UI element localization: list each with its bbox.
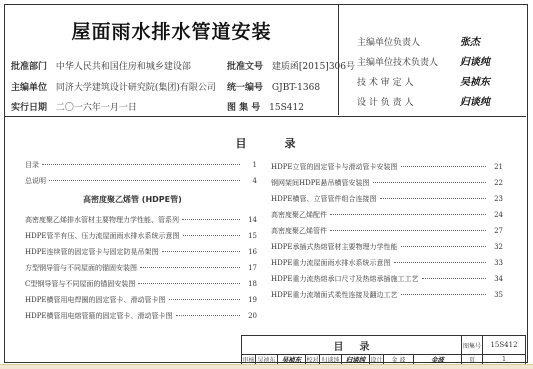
cover-header: 屋面雨水排水管道安装 批准部门 中华人民共和国住房和城乡建设部 批准文号 建质函… <box>5 5 526 117</box>
signature-mark: 张杰 <box>460 33 480 48</box>
signature-row: 设 计 负 责 人 归谈纯 <box>357 93 522 108</box>
toc-item-label: 高密度聚乙烯管件 <box>271 226 327 236</box>
toc-item-label: 方型钢导管与不同屋面的锚固安装图 <box>25 263 137 273</box>
toc-item-page: 19 <box>243 296 257 304</box>
toc-item-page: 24 <box>489 211 503 219</box>
approval-dept-row: 批准部门 中华人民共和国住房和城乡建设部 <box>11 59 191 72</box>
approval-dept-label: 批准部门 <box>11 62 47 72</box>
toc-item-label: 目录 <box>25 160 39 170</box>
toc-item[interactable]: HDPE承插式热熔管材主要物理力学性能32 <box>271 242 503 252</box>
unified-code-row: 统一编号 GJBT-1368 <box>227 80 320 93</box>
toc-item-label: HDPE横管用电焊圈的固定管卡、滑动管卡图 <box>25 295 166 305</box>
title-block: 目录 图集号 15S412 审核 吴祯东 吴祯东 校对 归谈纯 归谈纯 设计 金… <box>241 335 526 365</box>
document-page: 屋面雨水排水管道安装 批准部门 中华人民共和国住房和城乡建设部 批准文号 建质函… <box>0 0 533 369</box>
editor-unit-label: 主编单位 <box>11 83 47 93</box>
toc-item-page: 20 <box>243 312 257 320</box>
page-edge <box>0 364 533 369</box>
toc-item-label: HDPE横管、立管管件组合连接图 <box>271 194 377 204</box>
leader-dots <box>373 182 486 183</box>
toc-item[interactable]: 总说明4 <box>25 176 257 186</box>
toc-item-label: HDPE连续管的固定管卡与固定防晃吊架图 <box>25 247 159 257</box>
toc-item-page: 1 <box>243 161 257 169</box>
toc-item-label: 高密度聚乙烯排水管材主要物理力学性能、管系列 <box>25 215 179 225</box>
toc-item-page: 17 <box>243 264 257 272</box>
section-heading-hdpe: 高密度聚乙烯管 (HDPE管) <box>83 194 182 205</box>
toc-item[interactable]: 钢网架间HDPE悬吊横管安装图22 <box>271 178 503 188</box>
signature-row: 主编单位技术负责人 归谈纯 <box>357 53 522 68</box>
effective-date-row: 实行日期 二〇一六年一月一日 <box>11 100 137 113</box>
unified-code-value: GJBT-1368 <box>272 83 320 93</box>
leader-dots <box>401 246 486 247</box>
signature-role: 主编单位技术负责人 <box>357 55 457 68</box>
signature-row: 技 术 审 定 人 吴祯东 <box>357 73 522 88</box>
leader-dots <box>183 235 240 236</box>
leader-dots <box>176 315 240 316</box>
toc-title: 目录 <box>5 135 526 151</box>
toc-item-page: 33 <box>489 259 503 267</box>
leader-dots <box>401 294 486 295</box>
toc-item[interactable]: HDPE管半有压、压力流屋面雨水排水系统示意图15 <box>25 231 257 241</box>
toc-item-page: 18 <box>243 280 257 288</box>
toc-item[interactable]: C型钢导管与不同屋面的锚固安装图18 <box>25 279 257 289</box>
toc-item-page: 23 <box>489 195 503 203</box>
toc-item[interactable]: HDPE横管用电熔管箍的固定管卡、滑动管卡图20 <box>25 311 257 321</box>
toc-item-label: HDPE立管的固定管卡与滑动管卡安装图 <box>271 162 398 172</box>
toc-item-label: 钢网架间HDPE悬吊横管安装图 <box>271 178 370 188</box>
toc-item-page: 14 <box>243 216 257 224</box>
leader-dots <box>330 230 486 231</box>
toc-item-page: 27 <box>489 227 503 235</box>
signature-mark: 归谈纯 <box>460 53 490 68</box>
leader-dots <box>49 180 240 181</box>
toc-item[interactable]: 方型钢导管与不同屋面的锚固安装图17 <box>25 263 257 273</box>
toc-item[interactable]: 高密度聚乙烯管件27 <box>271 226 503 236</box>
toc-item-label: HDPE横管用电熔管箍的固定管卡、滑动管卡图 <box>25 311 173 321</box>
signature-panel: 主编单位负责人 张杰 主编单位技术负责人 归谈纯 技 术 审 定 人 吴祯东 设… <box>338 5 526 115</box>
toc-item-label: HDPE重力流屋面雨水排水系统示意图 <box>271 258 391 268</box>
leader-dots <box>380 198 486 199</box>
signature-role: 技 术 审 定 人 <box>357 75 457 88</box>
leader-dots <box>162 251 240 252</box>
drawing-frame: 屋面雨水排水管道安装 批准部门 中华人民共和国住房和城乡建设部 批准文号 建质函… <box>4 4 528 363</box>
toc-item-label: HDPE管半有压、压力流屋面雨水排水系统示意图 <box>25 231 180 241</box>
toc-item-page: 16 <box>243 248 257 256</box>
editor-unit-row: 主编单位 同济大学建筑设计研究院(集团)有限公司 <box>11 80 216 93</box>
leader-dots <box>138 283 240 284</box>
atlas-no-value: 15S412 <box>483 336 526 355</box>
toc-item-page: 21 <box>489 163 503 171</box>
toc-item[interactable]: 高密度聚乙烯排水管材主要物理力学性能、管系列14 <box>25 215 257 225</box>
atlas-no-row: 图 集 号 15S412 <box>227 100 304 113</box>
approval-doc-label: 批准文号 <box>227 62 263 72</box>
document-title: 屋面雨水排水管道安装 <box>5 17 338 44</box>
signature-mark: 吴祯东 <box>460 73 490 88</box>
toc-item[interactable]: HDPE立管的固定管卡与滑动管卡安装图21 <box>271 162 503 172</box>
approval-doc-row: 批准文号 建质函[2015]306号 <box>227 59 355 72</box>
header-info: 屋面雨水排水管道安装 批准部门 中华人民共和国住房和城乡建设部 批准文号 建质函… <box>5 5 338 115</box>
toc-item-label: 高密度聚乙烯配件 <box>271 210 327 220</box>
toc-item[interactable]: 高密度聚乙烯配件24 <box>271 210 503 220</box>
signature-row: 主编单位负责人 张杰 <box>357 33 522 48</box>
leader-dots <box>169 299 240 300</box>
atlas-no-label: 图集号 <box>462 336 483 355</box>
toc-item-page: 22 <box>489 179 503 187</box>
effective-date-value: 二〇一六年一月一日 <box>56 103 137 113</box>
drawing-title: 目录 <box>242 336 462 355</box>
signature-role: 主编单位负责人 <box>357 35 457 48</box>
atlas-no-label: 图 集 号 <box>227 103 260 113</box>
toc-item-label: C型钢导管与不同屋面的锚固安装图 <box>25 279 135 289</box>
leader-dots <box>330 214 486 215</box>
toc-item-label: 总说明 <box>25 176 46 186</box>
effective-date-label: 实行日期 <box>11 103 47 113</box>
toc-item[interactable]: HDPE连续管的固定管卡与固定防晃吊架图16 <box>25 247 257 257</box>
leader-dots <box>182 219 240 220</box>
toc-item[interactable]: HDPE重力流热熔承口尺寸及热熔承插施工工艺34 <box>271 274 503 284</box>
leader-dots <box>422 278 486 279</box>
editor-unit-value: 同济大学建筑设计研究院(集团)有限公司 <box>56 83 216 93</box>
toc-item-page: 4 <box>243 177 257 185</box>
toc-item[interactable]: HDPE重力流端面式柔性连接及翻边工艺35 <box>271 290 503 300</box>
toc-item[interactable]: HDPE重力流屋面雨水排水系统示意图33 <box>271 258 503 268</box>
leader-dots <box>42 164 240 165</box>
toc-item-label: HDPE重力流热熔承口尺寸及热熔承插施工工艺 <box>271 274 419 284</box>
signature-role: 设 计 负 责 人 <box>357 95 457 108</box>
toc-item[interactable]: HDPE横管、立管管件组合连接图23 <box>271 194 503 204</box>
toc-item[interactable]: 目录1 <box>25 160 257 170</box>
leader-dots <box>401 166 486 167</box>
leader-dots <box>140 267 240 268</box>
leader-dots <box>394 262 486 263</box>
toc-item-page: 35 <box>489 291 503 299</box>
atlas-no-value: 15S412 <box>269 103 304 113</box>
unified-code-label: 统一编号 <box>227 83 263 93</box>
toc-item-label: HDPE重力流端面式柔性连接及翻边工艺 <box>271 290 398 300</box>
signature-mark: 归谈纯 <box>460 93 490 108</box>
toc-item-page: 32 <box>489 243 503 251</box>
approval-dept-value: 中华人民共和国住房和城乡建设部 <box>56 62 191 72</box>
toc-item[interactable]: HDPE横管用电焊圈的固定管卡、滑动管卡图19 <box>25 295 257 305</box>
toc-item-page: 15 <box>243 232 257 240</box>
toc-item-page: 34 <box>489 275 503 283</box>
toc-item-label: HDPE承插式热熔管材主要物理力学性能 <box>271 242 398 252</box>
